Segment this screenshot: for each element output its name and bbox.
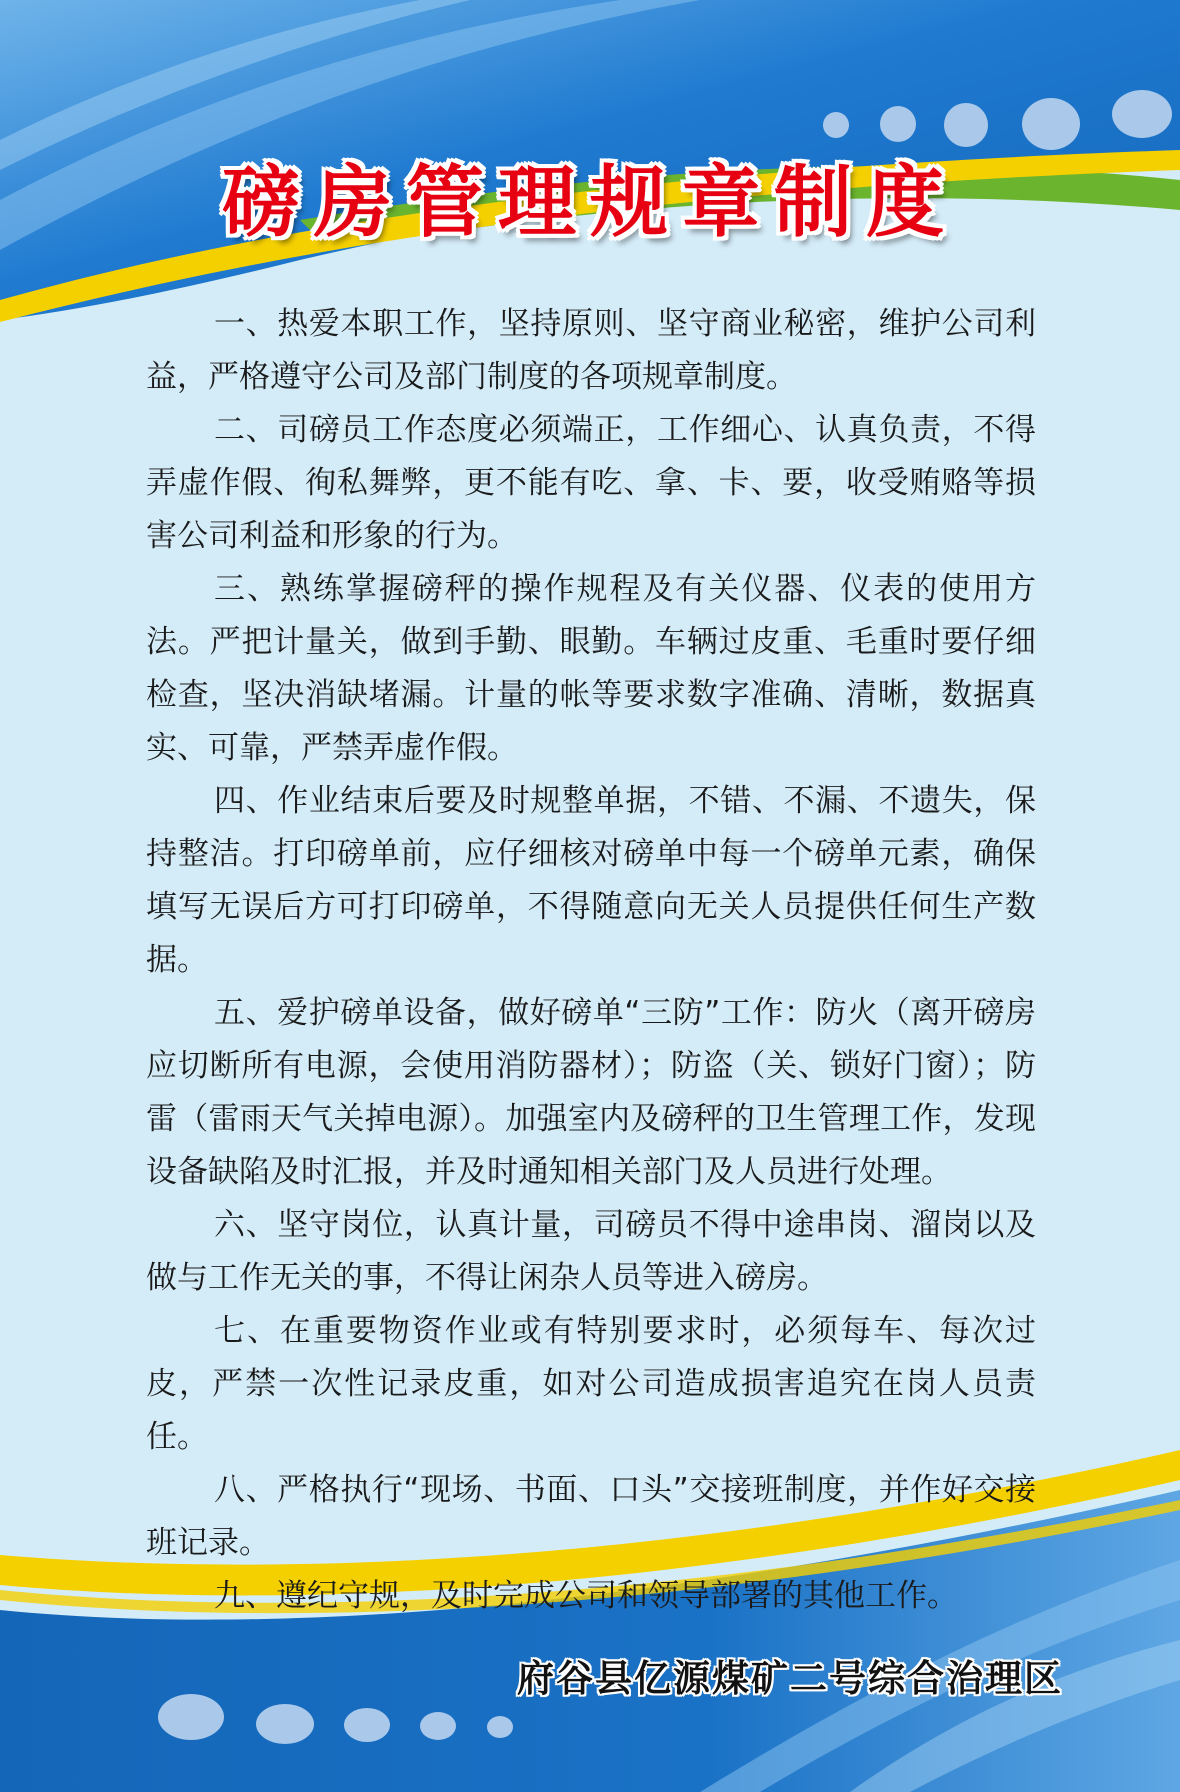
rules-list: 一、热爱本职工作，坚持原则、坚守商业秘密，维护公司利益，严格遵守公司及部门制度的… [146,298,1036,1623]
page-title: 磅房管理规章制度 [0,140,1180,252]
rule-item: 七、在重要物资作业或有特别要求时，必须每车、每次过皮，严禁一次性记录皮重，如对公… [146,1305,1036,1464]
decorative-dot [1112,90,1172,138]
decorative-dot [880,106,916,142]
poster: 磅房管理规章制度 一、热爱本职工作，坚持原则、坚守商业秘密，维护公司利益，严格遵… [0,0,1180,1792]
rule-item: 二、司磅员工作态度必须端正，工作细心、认真负责，不得弄虚作假、徇私舞弊，更不能有… [146,404,1036,563]
rule-item: 九、遵纪守规，及时完成公司和领导部署的其他工作。 [146,1570,1036,1623]
rule-item: 四、作业结束后要及时规整单据，不错、不漏、不遗失，保持整洁。打印磅单前，应仔细核… [146,775,1036,987]
rule-item: 六、坚守岗位，认真计量，司磅员不得中途串岗、溜岗以及做与工作无关的事，不得让闲杂… [146,1199,1036,1305]
rule-item: 三、熟练掌握磅秤的操作规程及有关仪器、仪表的使用方法。严把计量关，做到手勤、眼勤… [146,563,1036,775]
rule-item: 八、严格执行“现场、书面、口头”交接班制度，并作好交接班记录。 [146,1464,1036,1570]
decorative-dot [158,1694,224,1740]
rule-item: 一、热爱本职工作，坚持原则、坚守商业秘密，维护公司利益，严格遵守公司及部门制度的… [146,298,1036,404]
decorative-dot [420,1712,456,1740]
decorative-dot [256,1704,314,1744]
decorative-dot [823,112,849,138]
footer-organization: 府谷县亿源煤矿二号综合治理区 [500,1648,1080,1702]
decorative-dot [487,1716,513,1738]
rule-item: 五、爱护磅单设备，做好磅单“三防”工作：防火（离开磅房应切断所有电源，会使用消防… [146,987,1036,1199]
decorative-dot [344,1708,390,1742]
